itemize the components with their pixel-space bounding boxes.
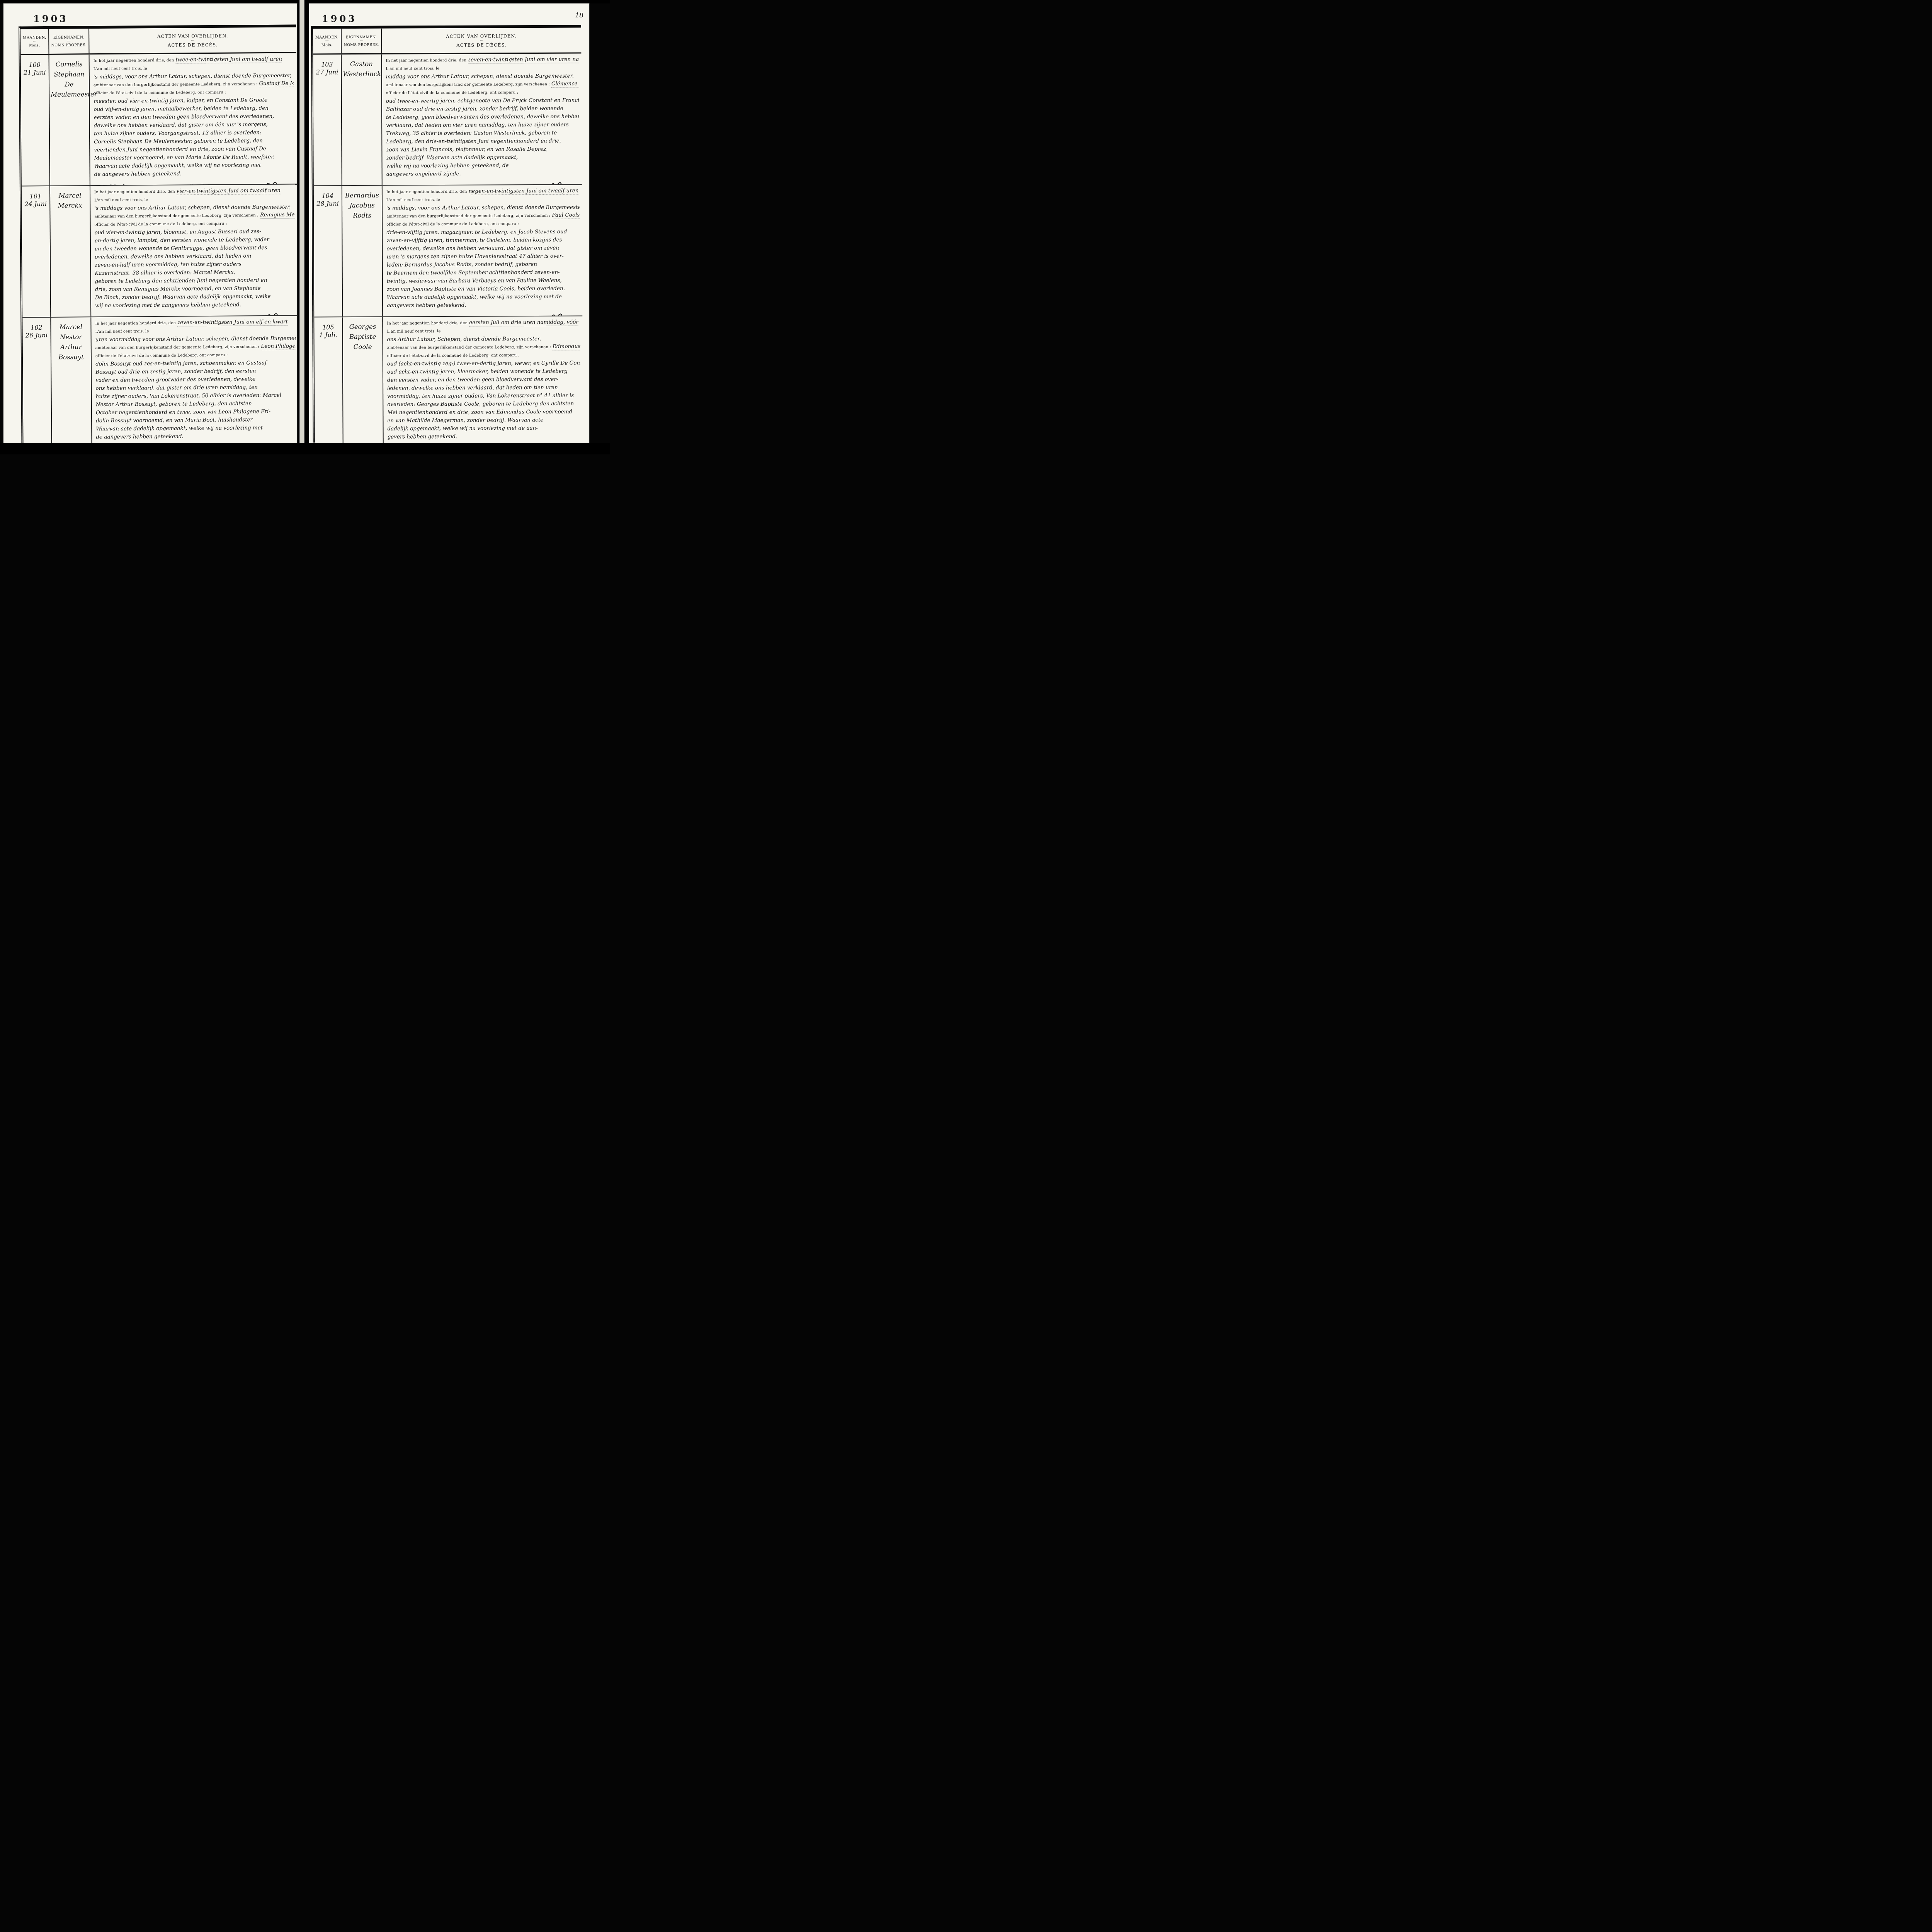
column-header-acts: ACTEN VAN OVERLIJDEN. — ACTES DE DÉCÈS. (89, 27, 296, 53)
entry-date: 27 Juni (313, 68, 341, 77)
handwritten-text: zeven-en-twintigsten Juni om vier uren n… (468, 56, 579, 63)
act-line: Trekweg, 35 alhier is overleden: Gaston … (386, 128, 579, 137)
handwritten-text: zonder bedrijf. Waarvan acte dadelijk op… (386, 154, 518, 161)
column-header-months: MAANDEN. — Mois. (313, 29, 342, 53)
handwritten-text: oud (acht-en-twintig zeg:) twee-en-derti… (387, 360, 580, 367)
act-line: Mei negentienhonderd en drie, zoon van E… (387, 407, 580, 416)
divider-dash: — (33, 40, 36, 43)
handwritten-text: leden: Bernardus Jacobus Rodts, zonder b… (387, 261, 537, 268)
act-line: officier de l'état-civil de la commune d… (386, 219, 580, 228)
act-line: In het jaar negentien honderd drie, denv… (94, 187, 295, 196)
column-header-names: EIGENNAMEN. — NOMS PROPRES. (342, 29, 382, 53)
handwritten-text: overledenen, dewelke ons hebben verklaar… (386, 245, 559, 252)
act-line: geboren te Ledeberg den achttienden Juni… (95, 276, 296, 286)
act-line: ambtenaar van den burgerlijkenstand der … (94, 211, 295, 221)
act-line: drie-en-vijftig jaren, magazijnier, te L… (386, 227, 580, 236)
column-header-names: EIGENNAMEN. — NOMS PROPRES. (49, 29, 89, 54)
act-line: wij na voorlezing met de aangevers hebbe… (95, 300, 296, 310)
act-line: ambtenaar van den burgerlijkenstand der … (94, 80, 294, 89)
register-entry: 10226 JuniMarcel Nestor Arthur BossuytIn… (22, 316, 298, 444)
entry-month-cell: 10428 Juni (314, 186, 343, 316)
handwritten-text: te Beernem den twaalfden September achtt… (387, 269, 560, 276)
act-line: In het jaar negentien honderd drie, dene… (387, 318, 580, 327)
handwritten-text: Cornelis Stephaan De Meulemeester, gebor… (94, 138, 263, 145)
handwritten-text: overleden: Georges Baptiste Coole, gebor… (387, 401, 574, 408)
act-line: aangevers ongeleerd zijnde. (386, 169, 580, 178)
year-heading: 1903 (33, 13, 68, 24)
act-line: In het jaar negentien honderd drie, denn… (386, 187, 580, 196)
handwritten-text: welke wij na voorlezing hebben geteekend… (386, 162, 509, 169)
act-line: ledenen, dewelke ons hebben verklaard, d… (387, 383, 580, 392)
entry-date: 24 Juni (22, 200, 49, 209)
register-page-left: 1903 MAANDEN. — Mois. EIGENNAMEN. — NOMS… (3, 3, 298, 444)
act-line: Ledeberg, den drie-en-twintigsten Juni n… (386, 136, 579, 145)
act-line: te Beernem den twaalfden September achtt… (387, 268, 580, 277)
divider-dash: — (360, 39, 363, 42)
printed-form-text: L'an mil neuf cent trois, le (94, 198, 148, 202)
names-label-fr: NOMS PROPRES. (344, 43, 379, 47)
handwritten-text: vader en den tweeden grootvader des over… (95, 376, 255, 383)
deceased-name: Gaston Westerlinck (342, 59, 381, 79)
entry-number: 101 (22, 192, 49, 200)
printed-form-text: ambtenaar van den burgerlijkenstand der … (387, 345, 551, 350)
names-label-fr: NOMS PROPRES. (51, 43, 87, 48)
death-act-text: In het jaar negentien honderd drie, denz… (91, 316, 298, 444)
handwritten-text: 's middags voor ons Arthur Latour, schep… (94, 204, 291, 212)
act-line: zoon van Joannes Baptiste en van Victori… (387, 284, 580, 293)
handwritten-text: voormiddag, ten huize zijner ouders, Van… (387, 393, 574, 400)
handwritten-text: overledenen, dewelke ons hebben verklaar… (95, 253, 251, 260)
act-line: Waarvan acte dadelijk opgemaakt, welke w… (387, 292, 580, 301)
printed-form-text: L'an mil neuf cent trois, le (386, 198, 440, 202)
handwritten-text: aangevers hebben geteekend. (387, 302, 466, 309)
death-act-text: In het jaar negentien honderd drie, denz… (382, 53, 582, 185)
entry-number: 104 (314, 192, 342, 199)
printed-form-text: officier de l'état-civil de la commune d… (386, 222, 519, 226)
handwritten-text: zeven-en-vijftig jaren, timmerman, te Oe… (386, 237, 562, 244)
act-line: zoon van Lievin Francois, plafonneur, en… (386, 145, 579, 153)
handwritten-text: te Ledeberg, geen bloedverwanten des ove… (386, 113, 579, 120)
register-entry: 1051 Juli.Georges Baptiste CooleIn het j… (314, 316, 583, 444)
handwritten-text: oud vijf-en-dertig jaren, metaalbewerker… (94, 105, 269, 112)
act-line: officier de l'état-civil de la commune d… (387, 350, 580, 359)
handwritten-text: Bossuyt oud drie-en-zestig jaren, zonder… (95, 368, 256, 375)
entries-container: 10327 JuniGaston WesterlinckIn het jaar … (313, 53, 583, 444)
handwritten-text: ons hebben verklaard, dat gister om drie… (95, 384, 257, 391)
handwritten-text: zoon van Joannes Baptiste en van Victori… (387, 286, 565, 293)
act-line: zeven-en-vijftig jaren, timmerman, te Oe… (386, 235, 580, 244)
deceased-name: Cornelis Stephaan De Meulemeester (49, 59, 89, 100)
register-entry: 10021 JuniCornelis Stephaan De Meulemees… (21, 53, 297, 186)
entry-month-cell: 10327 Juni (313, 54, 342, 185)
printed-form-text: In het jaar negentien honderd drie, den (94, 190, 175, 194)
act-line: ons Arthur Latour, Schepen, dienst doend… (387, 334, 580, 343)
act-line: oud acht-en-twintig jaren, kleermaker, b… (387, 367, 580, 376)
act-line: uren 's morgens ten zijnen huize Hovenie… (387, 252, 580, 260)
handwritten-text: ten huize zijner ouders, Voorgangstraat,… (94, 129, 262, 137)
deceased-name: Marcel Merckx (50, 190, 90, 211)
entry-date: 28 Juni (314, 199, 342, 208)
printed-form-text: In het jaar negentien honderd drie, den (387, 321, 468, 326)
act-line: oud (acht-en-twintig zeg:) twee-en-derti… (387, 359, 580, 367)
act-line: dolin Bossuyt oud zes-en-twintig jaren, … (95, 359, 296, 368)
handwritten-text: huize zijner ouders, Van Lokerenstraat, … (96, 392, 282, 400)
entries-container: 10021 JuniCornelis Stephaan De Meulemees… (21, 53, 298, 444)
handwritten-text: uren voormiddag voor ons Arthur Latour, … (95, 335, 296, 343)
death-act-text: In het jaar negentien honderd drie, dene… (383, 316, 583, 444)
handwritten-text: Kazernstraat, 38 alhier is overleden: Ma… (95, 269, 235, 277)
handwritten-text: Paul Cools oud (552, 212, 580, 219)
entry-number: 103 (313, 61, 341, 68)
handwritten-text: ons Arthur Latour, Schepen, dienst doend… (387, 336, 541, 343)
printed-form-text: L'an mil neuf cent trois, le (386, 66, 439, 71)
divider-dash: — (480, 39, 483, 42)
register-page-right: 1903 18 MAANDEN. — Mois. EIGENNAMEN. — N… (309, 3, 590, 444)
handwritten-text: wij na voorlezing met de aangevers hebbe… (95, 302, 241, 309)
act-line: gevers hebben geteekend. (388, 432, 581, 440)
handwritten-text: en den tweeden wonende te Gentbrugge, ge… (95, 245, 267, 252)
handwritten-text: meester, oud vier-en-twintig jaren, kuip… (94, 97, 267, 104)
divider-dash: — (325, 40, 329, 43)
handwritten-text: dolin Bossuyt voornoemd, en van Maria Bo… (96, 417, 254, 424)
handwritten-text: verklaard, dat heden om vier uren namidd… (386, 122, 569, 129)
handwritten-text: Clémence Van Bever (551, 80, 579, 88)
act-line: en van Mathilde Maegerman, zonder bedrij… (387, 415, 580, 424)
handwritten-text: gevers hebben geteekend. (388, 434, 457, 440)
entry-name-cell: Marcel Merckx (50, 186, 91, 317)
act-line: zonder bedrijf. Waarvan acte dadelijk op… (386, 153, 579, 162)
acts-label-nl: ACTEN VAN OVERLIJDEN. (446, 33, 517, 39)
entry-name-cell: Gaston Westerlinck (342, 54, 382, 185)
act-line: huize zijner ouders, Van Lokerenstraat, … (96, 391, 296, 401)
handwritten-text: oud acht-en-twintig jaren, kleermaker, b… (387, 368, 568, 375)
act-line: leden: Bernardus Jacobus Rodts, zonder b… (387, 260, 580, 269)
handwritten-text: eersten Juli om drie uren namiddag, vóór (469, 319, 578, 327)
handwritten-text: uren 's morgens ten zijnen huize Hovenie… (387, 253, 564, 260)
printed-form-text: officier de l'état-civil de la commune d… (386, 90, 519, 95)
act-line: middag voor ons Arthur Latour, schepen, … (386, 72, 579, 81)
printed-form-text: L'an mil neuf cent trois, le (387, 329, 440, 334)
handwritten-text: October negentienhonderd en twee, zoon v… (96, 408, 270, 416)
entry-date: 21 Juni (21, 68, 49, 77)
printed-form-text: officier de l'état-civil de la commune d… (95, 353, 228, 358)
handwritten-text: Gustaaf De Meule- (259, 80, 294, 87)
handwritten-text: Nestor Arthur Bossuyt, geboren te Ledebe… (96, 400, 252, 408)
printed-form-text: In het jaar negentien honderd drie, den (386, 58, 466, 63)
scan-edge-bottom (0, 443, 610, 454)
printed-form-text: L'an mil neuf cent trois, le (95, 329, 149, 334)
handwritten-text: drie, zoon van Remigius Merckx voornoemd… (95, 285, 261, 293)
act-line: welke wij na voorlezing hebben geteekend… (386, 161, 580, 170)
register-entry: 10428 JuniBernardus Jacobus RodtsIn het … (314, 185, 582, 317)
act-line: dewelke ons hebben verklaard, dat gister… (94, 120, 294, 130)
handwritten-text: Mei negentienhonderd en drie, zoon van E… (387, 409, 572, 416)
act-line: ambtenaar van den burgerlijkenstand der … (387, 342, 580, 351)
register-entry: 10327 JuniGaston WesterlinckIn het jaar … (313, 53, 582, 186)
act-line: en den tweeden wonende te Gentbrugge, ge… (95, 243, 295, 253)
entry-name-cell: Georges Baptiste Coole (343, 317, 383, 444)
handwritten-text: geboren te Ledeberg den achttienden Juni… (95, 277, 267, 284)
register-table: MAANDEN. — Mois. EIGENNAMEN. — NOMS PROP… (19, 24, 298, 443)
handwritten-text: ledenen, dewelke ons hebben verklaard, d… (387, 384, 558, 391)
entry-month-cell: 10021 Juni (21, 55, 50, 186)
entry-name-cell: Cornelis Stephaan De Meulemeester (49, 54, 90, 185)
handwritten-text: zeven-en-twintigsten Juni om elf en kwar… (177, 319, 288, 327)
handwritten-text: Waarvan acte dadelijk opgemaakt, welke w… (94, 162, 261, 169)
act-line: officier de l'état-civil de la commune d… (386, 88, 579, 97)
months-label-fr: Mois. (321, 43, 332, 47)
handwritten-text: Edmondus Coole (553, 343, 580, 350)
entry-name-cell: Marcel Nestor Arthur Bossuyt (51, 317, 92, 444)
handwritten-text: twintig, weduwaar van Barbara Verbaeys e… (387, 277, 562, 284)
entry-number: 102 (22, 324, 50, 332)
entry-number: 100 (21, 61, 49, 69)
acts-label-nl: ACTEN VAN OVERLIJDEN. (157, 33, 228, 39)
entry-number: 105 (314, 323, 342, 331)
handwritten-text: 's middags, voor ons Arthur Latour, sche… (94, 73, 292, 80)
handwritten-text: dadelijk opgemaakt, welke wij na voorlez… (388, 425, 538, 432)
register-table: MAANDEN. — Mois. EIGENNAMEN. — NOMS PROP… (311, 25, 583, 442)
deceased-name: Bernardus Jacobus Rodts (342, 190, 382, 221)
months-label-fr: Mois. (29, 43, 40, 48)
register-entry: 10124 JuniMarcel MerckxIn het jaar negen… (22, 184, 298, 318)
months-label-nl: MAANDEN. (23, 36, 46, 40)
act-line: den eersten vader, en den tweeden geen b… (387, 375, 580, 384)
act-line: ambtenaar van den burgerlijkenstand der … (386, 80, 579, 88)
handwritten-text: de aangevers hebben geteekend. (96, 434, 184, 440)
handwritten-text: De Block, zonder bedrijf. Waarvan acte d… (95, 293, 271, 301)
act-line: ambtenaar van den burgerlijkenstand der … (95, 342, 296, 352)
handwritten-text: de aangevers hebben geteekend. (94, 171, 182, 178)
handwritten-text: en van Mathilde Maegerman, zonder bedrij… (387, 417, 543, 424)
entry-date: 26 Juni (23, 331, 51, 340)
entry-month-cell: 1051 Juli. (314, 317, 343, 444)
table-header: MAANDEN. — Mois. EIGENNAMEN. — NOMS PROP… (20, 27, 296, 55)
handwritten-text: zeven-en-half uren voormiddag, ten huize… (95, 261, 241, 268)
act-line: Meulemeester voornoemd, en van Marie Léo… (94, 153, 294, 162)
handwritten-text: Leon Philogene Fri- (261, 343, 296, 350)
deceased-name: Marcel Nestor Arthur Bossuyt (51, 322, 91, 362)
handwritten-text: dolin Bossuyt oud zes-en-twintig jaren, … (95, 360, 267, 367)
handwritten-text: negen-en-twintigsten Juni om twaalf uren (469, 188, 579, 195)
entry-name-cell: Bernardus Jacobus Rodts (342, 186, 383, 316)
printed-form-text: ambtenaar van den burgerlijkenstand der … (94, 82, 258, 87)
handwritten-text: en-dertig jaren, lampist, den eersten wo… (95, 236, 269, 244)
divider-dash: — (67, 40, 71, 43)
act-line: ambtenaar van den burgerlijkenstand der … (386, 211, 580, 220)
acts-label-fr: ACTES DE DÉCÈS. (168, 42, 218, 48)
year-heading: 1903 (322, 13, 357, 24)
act-line: dadelijk opgemaakt, welke wij na voorlez… (388, 423, 581, 432)
act-line: de aangevers hebben geteekend. (94, 169, 295, 179)
book-gutter (298, 0, 309, 454)
handwritten-text: Ledeberg, den drie-en-twintigsten Juni n… (386, 138, 561, 145)
table-header: MAANDEN. — Mois. EIGENNAMEN. — NOMS PROP… (313, 27, 581, 54)
months-label-nl: MAANDEN. (315, 35, 338, 39)
handwritten-text: oud twee-en-veertig jaren, echtgenoote v… (386, 97, 579, 104)
act-line: overledenen, dewelke ons hebben verklaar… (386, 243, 580, 252)
deceased-name: Georges Baptiste Coole (343, 322, 382, 352)
printed-form-text: officier de l'état-civil de la commune d… (95, 222, 227, 227)
death-act-text: In het jaar negentien honderd drie, denn… (383, 185, 582, 316)
printed-form-text: ambtenaar van den burgerlijkenstand der … (386, 214, 550, 219)
act-line: In het jaar negentien honderd drie, denz… (95, 318, 296, 328)
printed-form-text: L'an mil neuf cent trois, le (94, 66, 147, 71)
act-line: verklaard, dat heden om vier uren namidd… (386, 120, 579, 129)
entry-date: 1 Juli. (314, 331, 342, 339)
handwritten-text: vier-en-twintigsten Juni om twaalf uren (177, 187, 281, 195)
printed-form-text: ambtenaar van den burgerlijkenstand der … (95, 345, 260, 350)
act-line: In het jaar negentien honderd drie, denz… (386, 56, 579, 65)
register-scan: 1903 MAANDEN. — Mois. EIGENNAMEN. — NOMS… (0, 0, 610, 454)
handwritten-text: twee-en-twintigsten Juni om twaalf uren (175, 56, 282, 64)
printed-form-text: ambtenaar van den burgerlijkenstand der … (386, 82, 550, 87)
printed-form-text: In het jaar negentien honderd drie, den (94, 58, 174, 63)
act-line: Balthazar oud drie-en-zestig jaren, zond… (386, 104, 579, 113)
entry-month-cell: 10124 Juni (22, 186, 51, 317)
act-line: oud twee-en-veertig jaren, echtgenoote v… (386, 96, 579, 105)
act-line: overleden: Georges Baptiste Coole, gebor… (387, 399, 580, 408)
act-line: voormiddag, ten huize zijner ouders, Van… (387, 391, 580, 400)
handwritten-text: dewelke ons hebben verklaard, dat gister… (94, 121, 268, 129)
handwritten-text: Waarvan acte dadelijk opgemaakt, welke w… (96, 425, 263, 432)
printed-form-text: officier de l'état-civil de la commune d… (94, 90, 226, 95)
act-line: de aangevers hebben geteekend. (96, 432, 296, 441)
handwritten-text: oud vier-en-twintig jaren, bloemist, en … (95, 228, 261, 236)
handwritten-text: Trekweg, 35 alhier is overleden: Gaston … (386, 130, 557, 137)
act-line: L'an mil neuf cent trois, le (386, 195, 580, 204)
printed-form-text: In het jaar negentien honderd drie, den (386, 190, 467, 194)
act-line: 's middags, voor ons Arthur Latour, sche… (386, 203, 580, 212)
handwritten-text: Balthazar oud drie-en-zestig jaren, zond… (386, 105, 563, 112)
divider-dash: — (191, 39, 194, 42)
act-line: aangevers hebben geteekend. (387, 300, 580, 309)
entry-month-cell: 10226 Juni (22, 318, 52, 444)
handwritten-text: middag voor ons Arthur Latour, schepen, … (386, 73, 574, 80)
column-header-acts: ACTEN VAN OVERLIJDEN. — ACTES DE DÉCÈS. (382, 27, 581, 53)
printed-form-text: In het jaar negentien honderd drie, den (95, 321, 176, 326)
act-line: twintig, weduwaar van Barbara Verbaeys e… (387, 276, 580, 285)
act-line: De Block, zonder bedrijf. Waarvan acte d… (95, 292, 296, 302)
handwritten-text: aangevers ongeleerd zijnde. (386, 171, 461, 177)
handwritten-text: veertienden Juni negentienhonderd en dri… (94, 146, 266, 153)
handwritten-text: zoon van Lievin Francois, plafonneur, en… (386, 146, 548, 153)
acts-label-fr: ACTES DE DÉCÈS. (456, 42, 507, 48)
handwritten-text: eersten vader, en den tweeden geen bloed… (94, 113, 274, 121)
act-line: L'an mil neuf cent trois, le (386, 64, 579, 73)
act-line: In het jaar negentien honderd drie, dent… (94, 55, 294, 65)
handwritten-text: drie-en-vijftig jaren, magazijnier, te L… (386, 229, 567, 236)
column-header-months: MAANDEN. — Mois. (20, 29, 49, 54)
printed-form-text: officier de l'état-civil de la commune d… (387, 353, 520, 358)
handwritten-text: 's middags, voor ons Arthur Latour, sche… (386, 204, 580, 211)
page-number-annotation: 18 (575, 12, 583, 19)
act-line: te Ledeberg, geen bloedverwanten des ove… (386, 112, 579, 121)
handwritten-text: Meulemeester voornoemd, en van Marie Léo… (94, 154, 274, 161)
death-act-text: In het jaar negentien honderd drie, dent… (90, 53, 297, 185)
act-line: October negentienhonderd en twee, zoon v… (96, 407, 296, 417)
names-label-nl: EIGENNAMEN. (346, 35, 377, 39)
act-line: L'an mil neuf cent trois, le (387, 326, 580, 335)
death-act-text: In het jaar negentien honderd drie, denv… (90, 184, 298, 316)
handwritten-text: den eersten vader, en den tweeden geen b… (387, 376, 558, 383)
printed-form-text: ambtenaar van den burgerlijkenstand der … (94, 213, 259, 219)
handwritten-text: Waarvan acte dadelijk opgemaakt, welke w… (387, 294, 562, 301)
handwritten-text: Remigius Merckx, (260, 211, 295, 219)
